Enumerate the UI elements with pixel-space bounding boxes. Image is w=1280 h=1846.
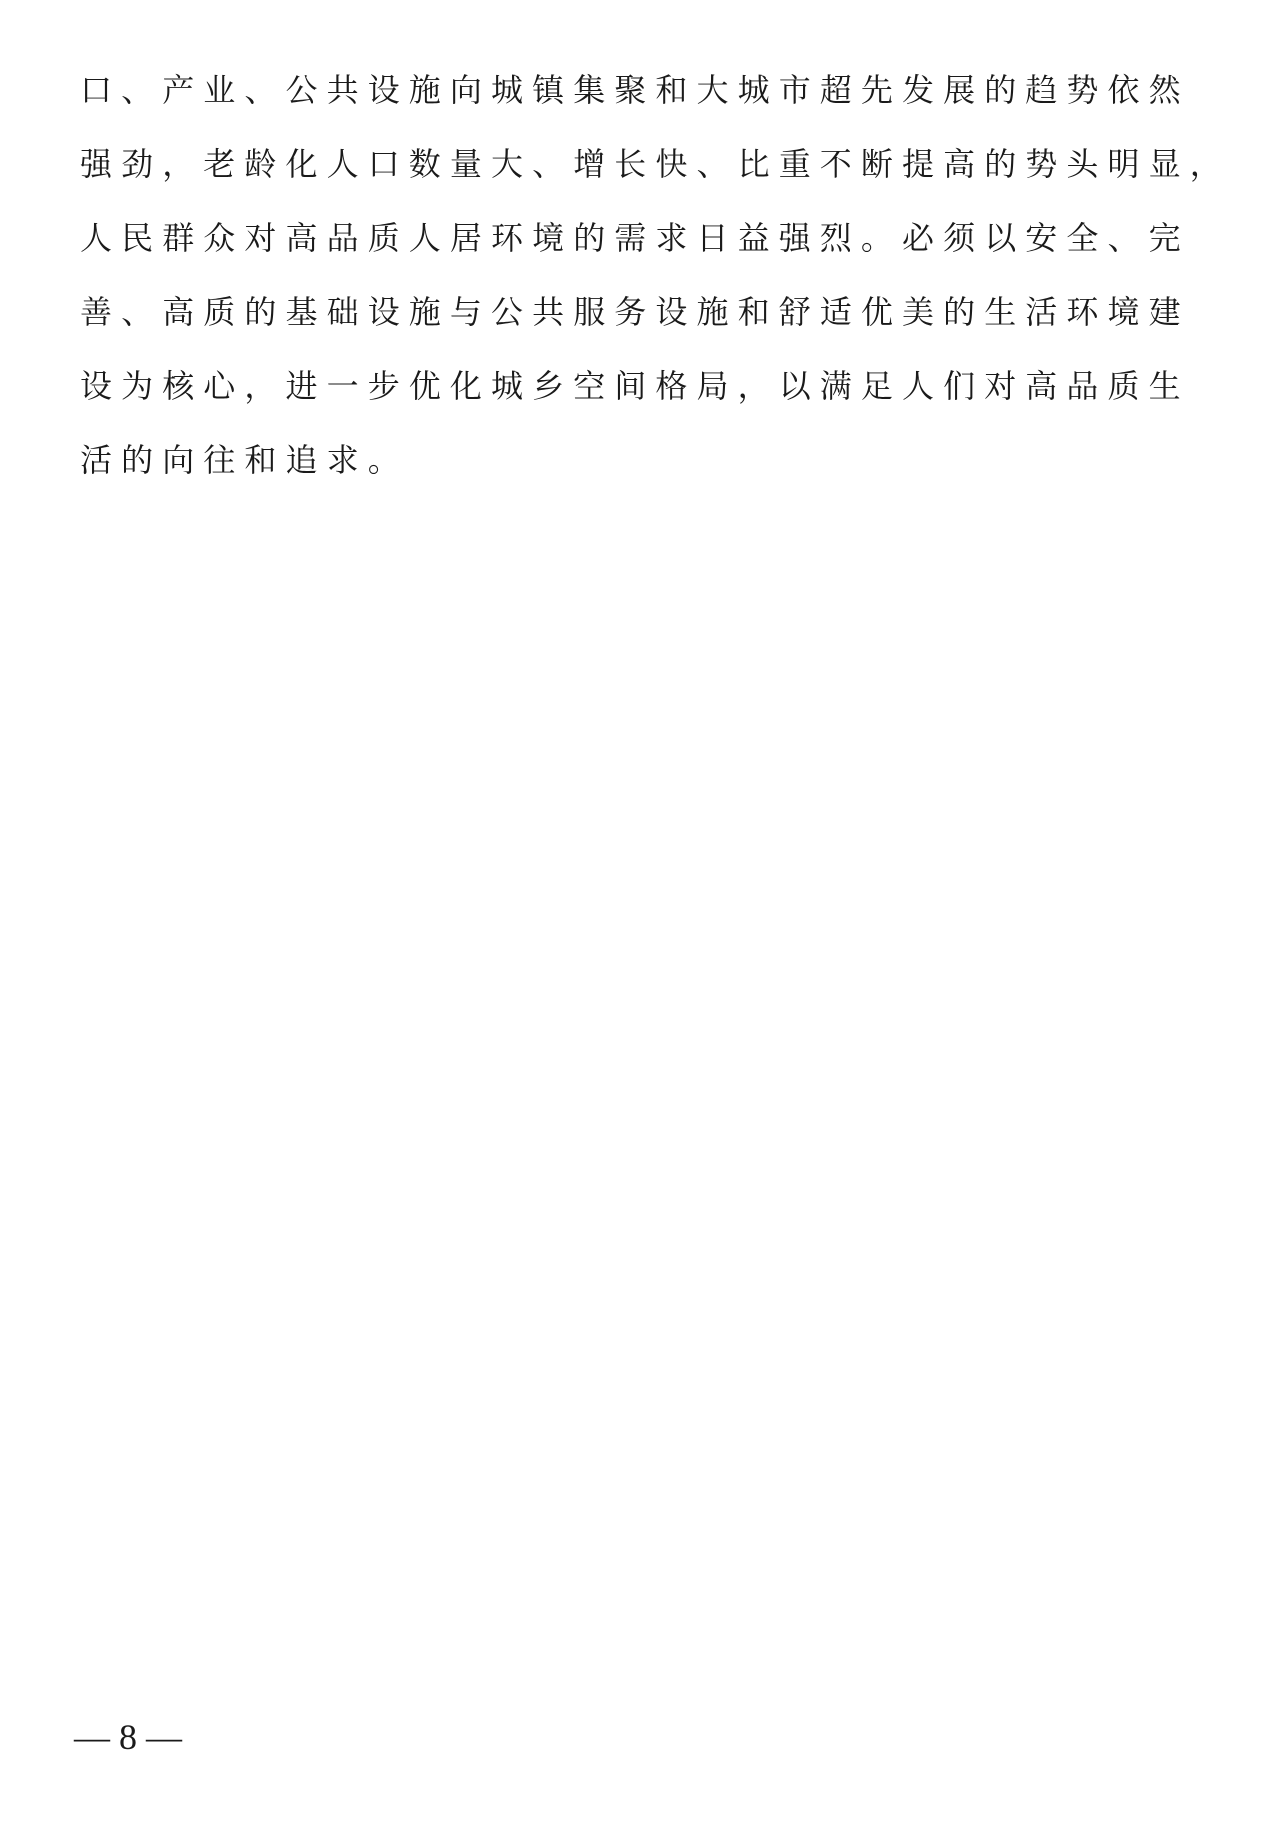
paragraph-line: 设为核心，进一步优化城乡空间格局，以满足人们对高品质生 [80,349,1240,423]
paragraph-line: 口、产业、公共设施向城镇集聚和大城市超先发展的趋势依然 [80,53,1240,127]
document-page: 口、产业、公共设施向城镇集聚和大城市超先发展的趋势依然 强劲，老龄化人口数量大、… [0,0,1280,1846]
paragraph-line: 人民群众对高品质人居环境的需求日益强烈。必须以安全、完 [80,201,1240,275]
paragraph-line: 活的向往和追求。 [80,423,1240,497]
paragraph-line: 强劲，老龄化人口数量大、增长快、比重不断提高的势头明显， [80,127,1240,201]
paragraph-line: 善、高质的基础设施与公共服务设施和舒适优美的生活环境建 [80,275,1240,349]
body-paragraph: 口、产业、公共设施向城镇集聚和大城市超先发展的趋势依然 强劲，老龄化人口数量大、… [80,53,1240,497]
page-number: — 8 — [74,1717,182,1757]
